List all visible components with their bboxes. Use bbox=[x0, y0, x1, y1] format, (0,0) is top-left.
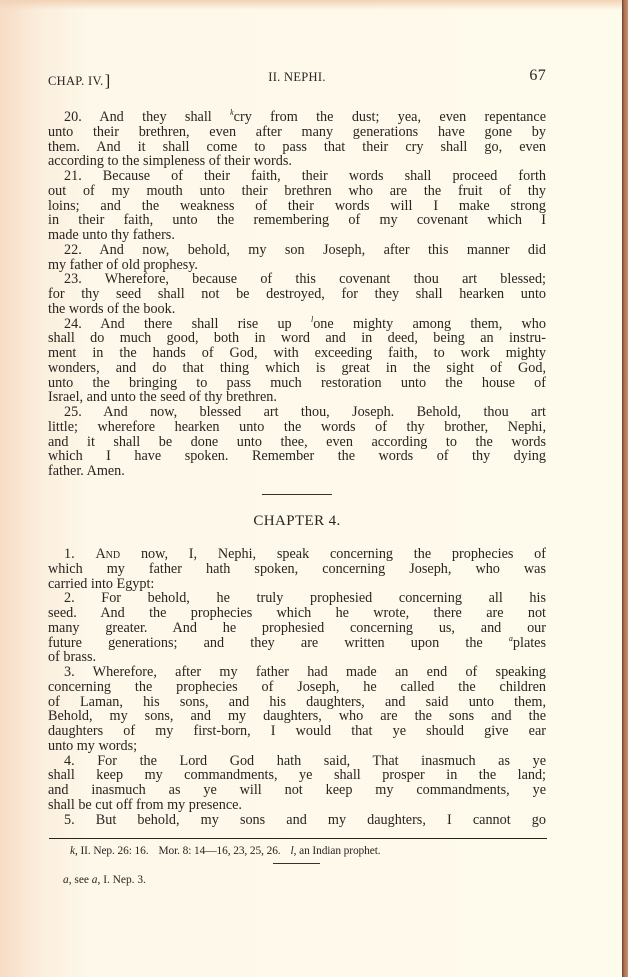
text-line: which I have spoken. Remember the words … bbox=[48, 449, 546, 464]
text-line: 3. Wherefore, after my father had made a… bbox=[48, 665, 546, 680]
header-book-title: II. NEPHI. bbox=[48, 70, 546, 85]
line-text: them. And it shall come to pass that the… bbox=[48, 139, 546, 155]
line-text: of brass. bbox=[48, 649, 96, 665]
footnote-short-rule bbox=[273, 863, 320, 864]
line-text: little; wherefore hearken unto the words… bbox=[48, 419, 546, 435]
page-number: 67 bbox=[529, 67, 546, 85]
footnote-rule bbox=[49, 838, 547, 839]
line-text: Behold, my sons, and my daughters, who a… bbox=[48, 708, 546, 724]
text-line: 5. But behold, my sons and my daughters,… bbox=[48, 813, 546, 828]
line-text-continued: cry from the dust; yea, even repentance bbox=[234, 109, 546, 125]
text-line: which my father hath spoken, concerning … bbox=[48, 562, 546, 577]
line-text: 20. And they shall bbox=[64, 109, 230, 125]
footnote-k-ref2: Mor. 8: 14—16, 23, 25, 26. bbox=[158, 845, 280, 857]
section-divider bbox=[262, 494, 332, 495]
text-line: for thy seed shall not be destroyed, for… bbox=[48, 287, 546, 302]
text-line: carried into Egypt: bbox=[48, 577, 546, 592]
line-text: Israel, and unto the seed of thy brethre… bbox=[48, 389, 277, 405]
text-line: shall do much good, both in word and in … bbox=[48, 331, 546, 346]
line-text: concerning the prophecies of Joseph, he … bbox=[48, 679, 546, 695]
line-text: 1. bbox=[64, 546, 95, 562]
line-text: my father of old prophesy. bbox=[48, 257, 198, 273]
line-text: which I have spoken. Remember the words … bbox=[48, 448, 546, 464]
text-line: Israel, and unto the seed of thy brethre… bbox=[48, 390, 546, 405]
footnote-line-1: k, II. Nep. 26: 16.Mor. 8: 14—16, 23, 25… bbox=[70, 845, 381, 857]
text-line: 2. For behold, he truly prophesied conce… bbox=[48, 591, 546, 606]
text-line: 23. Wherefore, because of this covenant … bbox=[48, 272, 546, 287]
text-line: unto my words; bbox=[48, 739, 546, 754]
footnote-k-ref1: , II. Nep. 26: 16. bbox=[75, 845, 149, 857]
verses-chapter-4: 1. And now, I, Nephi, speak concerning t… bbox=[48, 547, 546, 827]
line-text: shall keep my commandments, ye shall pro… bbox=[48, 767, 546, 783]
text-line: daughters of my first-born, I would that… bbox=[48, 724, 546, 739]
text-line: according to the simpleness of their wor… bbox=[48, 154, 546, 169]
verse-opening-smallcaps: And bbox=[95, 546, 120, 562]
text-line: of brass. bbox=[48, 650, 546, 665]
line-text: 22. And now, behold, my son Joseph, afte… bbox=[64, 242, 546, 258]
text-line: many greater. And he prophesied concerni… bbox=[48, 621, 546, 636]
footnote-a-ref: , I. Nep. 3. bbox=[98, 874, 146, 886]
text-line: 21. Because of their faith, their words … bbox=[48, 169, 546, 184]
line-text: future generations; and they are written… bbox=[48, 635, 509, 651]
text-line: ment in the hands of God, with exceeding… bbox=[48, 346, 546, 361]
line-text: 23. Wherefore, because of this covenant … bbox=[64, 271, 546, 287]
text-line: 22. And now, behold, my son Joseph, afte… bbox=[48, 243, 546, 258]
text-line: 25. And now, blessed art thou, Joseph. B… bbox=[48, 405, 546, 420]
text-line: shall be cut off from my presence. bbox=[48, 798, 546, 813]
text-line: 24. And there shall rise up lone mighty … bbox=[48, 317, 546, 332]
text-line: of Laman, his sons, and his daughters, a… bbox=[48, 695, 546, 710]
footnote-l-text: , an Indian prophet. bbox=[294, 845, 381, 857]
page-top-shade bbox=[0, 0, 622, 10]
text-line: unto their brethren, even after many gen… bbox=[48, 125, 546, 140]
line-text: daughters of my first-born, I would that… bbox=[48, 723, 546, 739]
line-text: 24. And there shall rise up bbox=[64, 316, 311, 332]
line-text: unto their brethren, even after many gen… bbox=[48, 124, 546, 140]
text-line: wonders, and do that thing which is grea… bbox=[48, 361, 546, 376]
line-text: made unto thy fathers. bbox=[48, 227, 175, 243]
text-line: and it shall be done unto thee, even acc… bbox=[48, 435, 546, 450]
line-text-continued: now, I, Nephi, speak concerning the prop… bbox=[120, 546, 546, 562]
text-line: my father of old prophesy. bbox=[48, 258, 546, 273]
text-line: unto the bringing to pass much restorati… bbox=[48, 376, 546, 391]
text-line: shall keep my commandments, ye shall pro… bbox=[48, 768, 546, 783]
text-line: and inasmuch as ye will not keep my comm… bbox=[48, 783, 546, 798]
page-edge bbox=[622, 0, 628, 977]
text-line: 20. And they shall kcry from the dust; y… bbox=[48, 110, 546, 125]
text-line: Behold, my sons, and my daughters, who a… bbox=[48, 709, 546, 724]
chapter-heading: CHAPTER 4. bbox=[48, 513, 546, 530]
line-text-continued: one mighty among them, who bbox=[313, 316, 546, 332]
text-line: them. And it shall come to pass that the… bbox=[48, 140, 546, 155]
line-text: and it shall be done unto thee, even acc… bbox=[48, 434, 546, 450]
line-text: the words of the book. bbox=[48, 301, 175, 317]
footnote-line-2: a, see a, I. Nep. 3. bbox=[63, 874, 146, 886]
line-text: 2. For behold, he truly prophesied conce… bbox=[64, 590, 546, 606]
footnote-a-text: , see bbox=[69, 874, 92, 886]
text-line: made unto thy fathers. bbox=[48, 228, 546, 243]
text-line: loins; and the weakness of their words w… bbox=[48, 199, 546, 214]
text-line: future generations; and they are written… bbox=[48, 636, 546, 651]
text-line: father. Amen. bbox=[48, 464, 546, 479]
line-text: many greater. And he prophesied concerni… bbox=[48, 620, 546, 636]
line-text: wonders, and do that thing which is grea… bbox=[48, 360, 546, 376]
line-text: of Laman, his sons, and his daughters, a… bbox=[48, 694, 546, 710]
text-line: in their faith, unto the remembering of … bbox=[48, 213, 546, 228]
line-text: and inasmuch as ye will not keep my comm… bbox=[48, 782, 546, 798]
line-text: carried into Egypt: bbox=[48, 576, 154, 592]
verses-chapter-3-end: 20. And they shall kcry from the dust; y… bbox=[48, 110, 546, 479]
text-line: the words of the book. bbox=[48, 302, 546, 317]
line-text: 4. For the Lord God hath said, That inas… bbox=[64, 753, 546, 769]
line-text: in their faith, unto the remembering of … bbox=[48, 212, 546, 228]
text-line: out of my mouth unto their brethren who … bbox=[48, 184, 546, 199]
line-text: shall do much good, both in word and in … bbox=[48, 330, 546, 346]
line-text-continued: plates bbox=[513, 635, 546, 651]
line-text: which my father hath spoken, concerning … bbox=[48, 561, 546, 577]
text-line: seed. And the prophecies which he wrote,… bbox=[48, 606, 546, 621]
line-text: ment in the hands of God, with exceeding… bbox=[48, 345, 546, 361]
line-text: according to the simpleness of their wor… bbox=[48, 153, 292, 169]
line-text: 21. Because of their faith, their words … bbox=[64, 168, 546, 184]
line-text: seed. And the prophecies which he wrote,… bbox=[48, 605, 546, 621]
line-text: 25. And now, blessed art thou, Joseph. B… bbox=[64, 404, 546, 420]
line-text: father. Amen. bbox=[48, 463, 125, 479]
line-text: unto the bringing to pass much restorati… bbox=[48, 375, 546, 391]
line-text: unto my words; bbox=[48, 738, 137, 754]
line-text: out of my mouth unto their brethren who … bbox=[48, 183, 546, 199]
running-header: CHAP. IV.] II. NEPHI. 67 bbox=[48, 68, 546, 86]
line-text: 3. Wherefore, after my father had made a… bbox=[64, 664, 546, 680]
line-text: 5. But behold, my sons and my daughters,… bbox=[64, 812, 546, 828]
text-line: 4. For the Lord God hath said, That inas… bbox=[48, 754, 546, 769]
line-text: for thy seed shall not be destroyed, for… bbox=[48, 286, 546, 302]
line-text: loins; and the weakness of their words w… bbox=[48, 198, 546, 214]
text-line: little; wherefore hearken unto the words… bbox=[48, 420, 546, 435]
text-line: 1. And now, I, Nephi, speak concerning t… bbox=[48, 547, 546, 562]
text-line: concerning the prophecies of Joseph, he … bbox=[48, 680, 546, 695]
line-text: shall be cut off from my presence. bbox=[48, 797, 242, 813]
